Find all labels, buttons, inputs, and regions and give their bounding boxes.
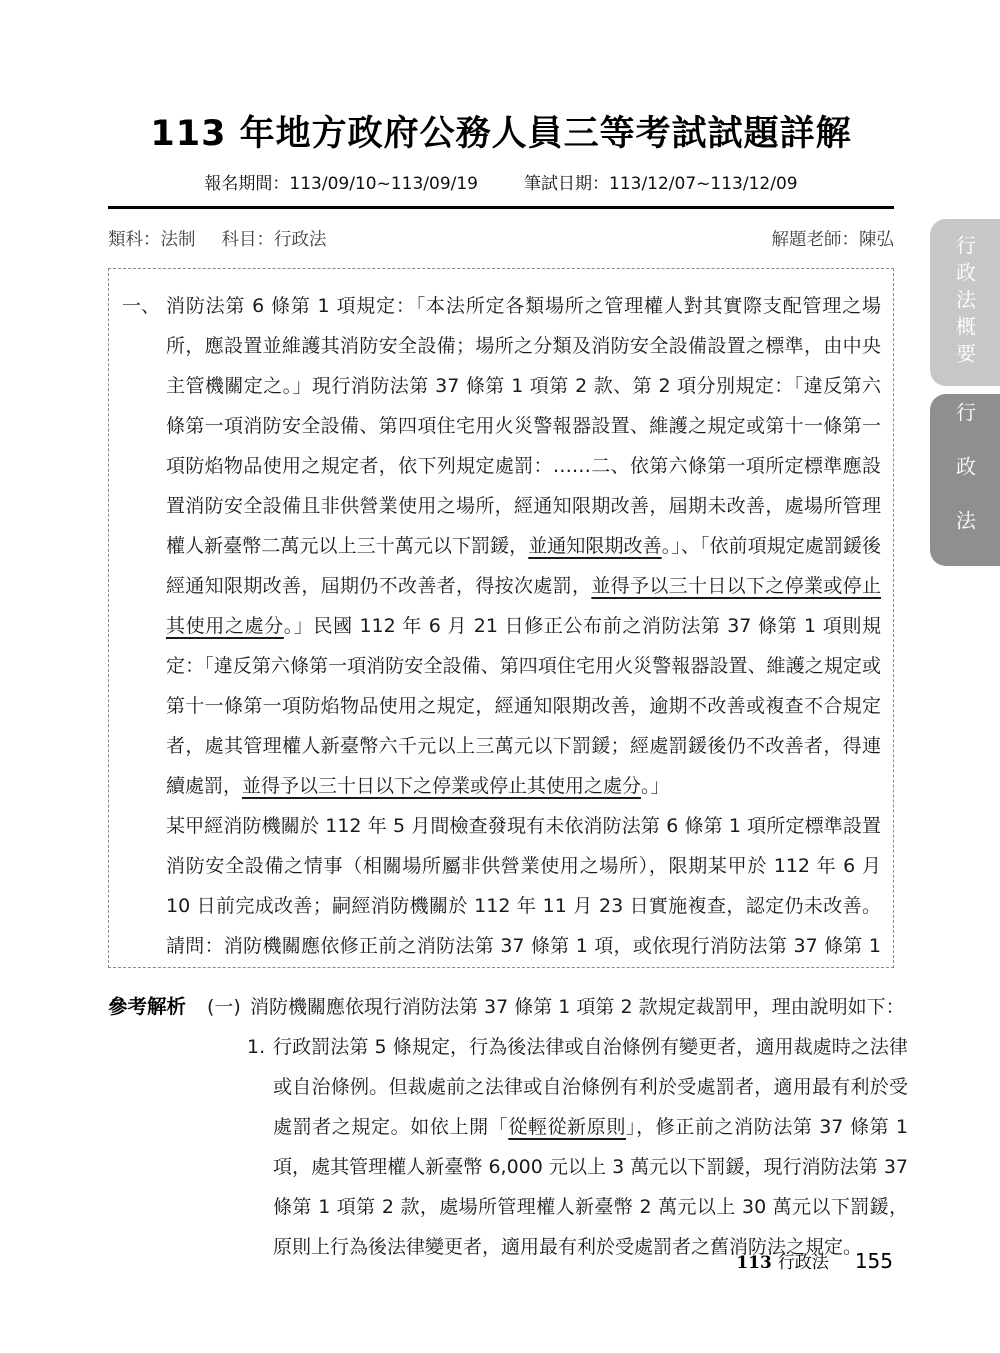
question-paragraph-2: 某甲經消防機關於 112 年 5 月間檢查發現有未依消防法第 6 條第 1 項所… xyxy=(166,806,881,968)
analysis-sub-item-text: 行政罰法第 5 條規定，行為後法律或自治條例有變更者，適用裁處時之法律或自治條例… xyxy=(273,1027,908,1267)
exam-dates: 報名期間：113/09/10~113/09/19 筆試日期：113/12/07~… xyxy=(108,169,894,194)
meta-left: 類科：法制 科目：行政法 xyxy=(108,226,327,251)
registration-period: 報名期間：113/09/10~113/09/19 xyxy=(204,169,478,194)
question-text-1: 消防法第 6 條第 1 項規定：「本法所定各類場所之管理權人對其實際支配管理之場… xyxy=(166,286,881,806)
question-box: 一、 消防法第 6 條第 1 項規定：「本法所定各類場所之管理權人對其實際支配管… xyxy=(108,268,894,968)
analysis-section: 參考解析 (一) 消防機關應依現行消防法第 37 條第 1 項第 2 款規定裁罰… xyxy=(108,987,908,1267)
analysis-sub-item: 1. 行政罰法第 5 條規定，行為後法律或自治條例有變更者，適用裁處時之法律或自… xyxy=(247,1027,908,1267)
analysis-item-text: 消防機關應依現行消防法第 37 條第 1 項第 2 款規定裁罰甲，理由說明如下： xyxy=(250,987,908,1027)
meta-row: 類科：法制 科目：行政法 解題老師：陳弘 xyxy=(108,226,894,251)
divider-rule xyxy=(108,206,894,209)
category-label: 類科：法制 xyxy=(108,226,196,251)
footer-subject: 行政法 xyxy=(778,1248,829,1273)
instructor-label: 解題老師：陳弘 xyxy=(772,226,895,251)
question-number: 一、 xyxy=(122,286,166,806)
analysis-row: 參考解析 (一) 消防機關應依現行消防法第 37 條第 1 項第 2 款規定裁罰… xyxy=(108,987,908,1267)
question-paragraph-1: 一、 消防法第 6 條第 1 項規定：「本法所定各類場所之管理權人對其實際支配管… xyxy=(122,286,881,806)
subject-label: 科目：行政法 xyxy=(222,226,327,251)
analysis-body: 消防機關應依現行消防法第 37 條第 1 項第 2 款規定裁罰甲，理由說明如下：… xyxy=(250,987,908,1267)
side-tab-administrative-law: 行政法 xyxy=(930,394,1000,566)
analysis-item-marker: (一) xyxy=(207,987,250,1267)
side-tab-administrative-law-overview: 行政法概要 xyxy=(930,219,1000,386)
analysis-sub-item-marker: 1. xyxy=(247,1027,273,1267)
page-content: 113 年地方政府公務人員三等考試試題詳解 報名期間：113/09/10~113… xyxy=(108,0,894,1267)
book-page: { "header": { "title": "113 年地方政府公務人員三等考… xyxy=(0,0,1000,1353)
page-title: 113 年地方政府公務人員三等考試試題詳解 xyxy=(108,106,894,156)
footer-page-number: 155 xyxy=(855,1249,893,1273)
analysis-label: 參考解析 xyxy=(108,987,207,1267)
page-footer: 113 行政法 155 xyxy=(736,1248,893,1273)
footer-edition-year: 113 xyxy=(736,1253,772,1273)
written-exam-date: 筆試日期：113/12/07~113/12/09 xyxy=(524,169,798,194)
